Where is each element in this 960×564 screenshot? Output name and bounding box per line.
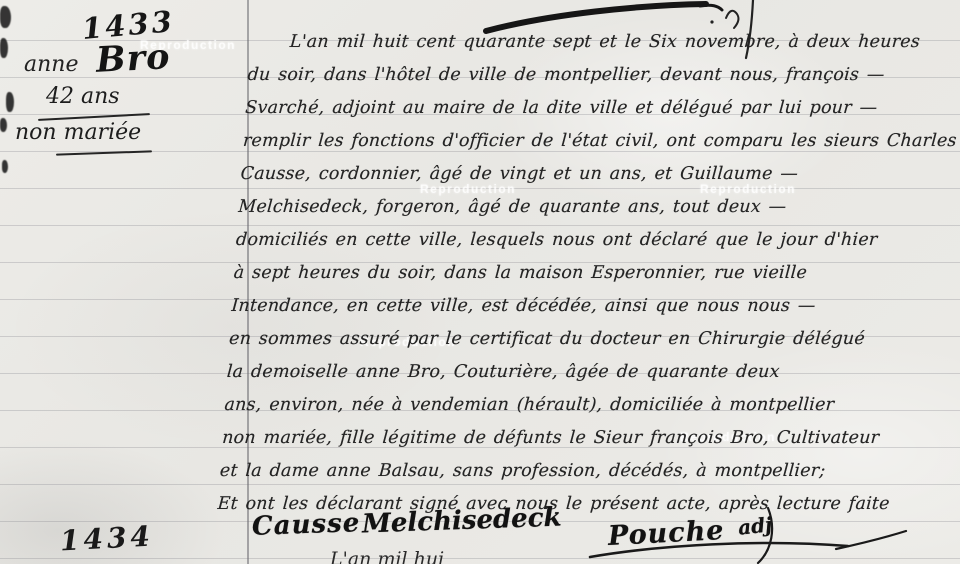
next-act-partial-line: L'an mil hui [330, 548, 444, 564]
top-paraph-tail [700, 5, 722, 10]
act-text-line: non mariée, fille légitime de défunts le… [221, 422, 929, 455]
deceased-age: 42 ans [46, 84, 120, 109]
marital-status: non mariée [15, 120, 141, 145]
act-text-line: du soir, dans l'hôtel de ville de montpe… [246, 59, 954, 92]
act-text-line: la demoiselle anne Bro, Couturière, âgée… [226, 356, 934, 389]
signature-underline-tail [836, 531, 906, 549]
next-record-number: 1434 [59, 520, 155, 558]
act-text-line: Svarché, adjoint au maire de la dite vil… [244, 92, 952, 125]
signature-officer-pouche: Pouche [607, 515, 725, 552]
act-text-line: Causse, cordonnier, âgé de vingt et un a… [239, 158, 947, 191]
act-text-line: L'an mil huit cent quarante sept et le S… [249, 26, 957, 59]
signature-officer-suffix: adj [737, 512, 774, 539]
deceased-first-name: anne [24, 52, 78, 77]
act-text-line: à sept heures du soir, dans la maison Es… [233, 257, 941, 290]
deceased-surname: Bro [95, 36, 171, 81]
signature-witness-melchisedeck: Melchisedeck [362, 503, 562, 540]
ink-dot [710, 20, 713, 23]
act-body: L'an mil huit cent quarante sept et le S… [216, 26, 957, 521]
act-text-line: remplir les fonctions d'officier de l'ét… [242, 125, 950, 158]
act-text-line: ans, environ, née à vendemian (hérault),… [223, 389, 931, 422]
act-text-line: domiciliés en cette ville, lesquels nous… [235, 224, 943, 257]
act-text-line: et la dame anne Balsau, sans profession,… [219, 455, 927, 488]
act-text-line: en sommes assuré par le certificat du do… [228, 323, 936, 356]
act-text-line: Intendance, en cette ville, est décédée,… [230, 290, 938, 323]
act-text-line: Melchisedeck, forgeron, âgé de quarante … [237, 191, 945, 224]
margin-column: 1433 anne Bro 42 ans non mariée 1434 [0, 0, 247, 564]
signature-witness-causse: Causse [252, 508, 361, 542]
scanned-death-record-page: Reproduction Reproduction Reproduction R… [0, 0, 960, 564]
status-underline-stroke [56, 150, 152, 156]
